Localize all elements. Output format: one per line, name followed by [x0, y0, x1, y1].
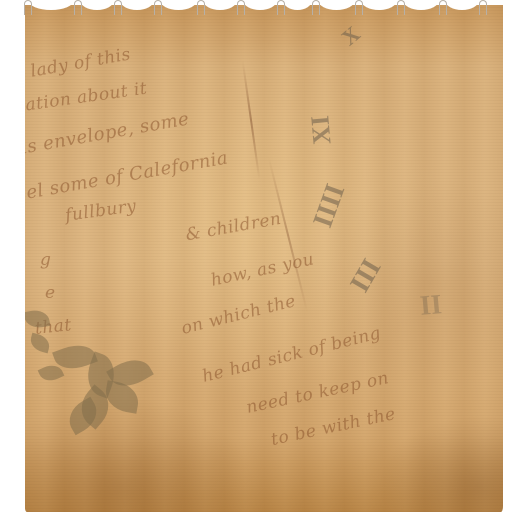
curtain-hook-icon	[74, 0, 82, 15]
curtain-hook-icon	[237, 0, 245, 15]
clock-numeral: XI	[305, 114, 337, 145]
curtain-hook-icon	[24, 0, 32, 15]
curtain-hook-icon	[312, 0, 320, 15]
script-line: g	[40, 250, 51, 270]
shower-curtain: lady of this ation about it is envelope,…	[25, 5, 503, 512]
curtain-hook-icon	[114, 0, 122, 15]
clock-numeral: II	[419, 289, 444, 323]
curtain-hook-icon	[154, 0, 162, 15]
curtain-hook-icon	[355, 0, 363, 15]
script-line: e	[45, 283, 56, 303]
curtain-hook-icon	[277, 0, 285, 15]
curtain-hook-icon	[397, 0, 405, 15]
curtain-hook-icon	[439, 0, 447, 15]
curtain-hook-icon	[479, 0, 487, 15]
curtain-hook-icon	[197, 0, 205, 15]
